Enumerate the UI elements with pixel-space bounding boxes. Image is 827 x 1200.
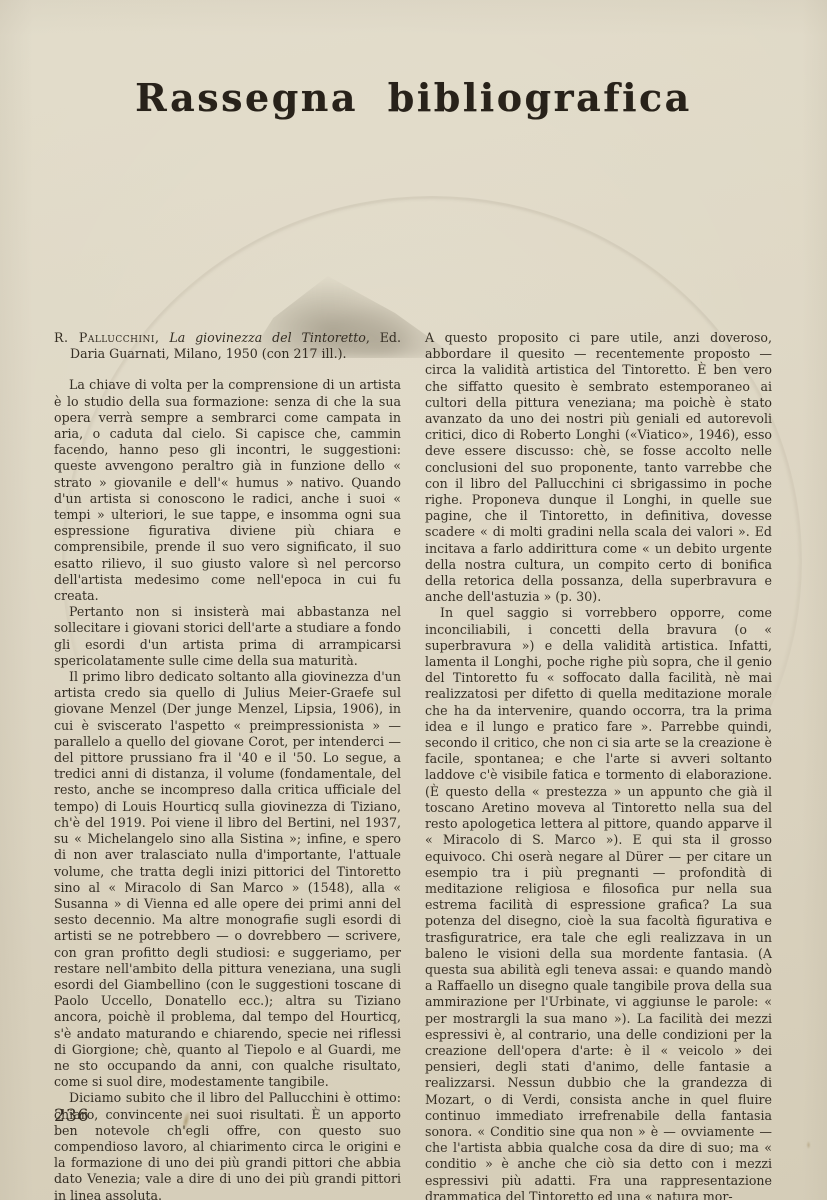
scanned-book-page: Rassegna bibliografica R. Pallucchini, L… (0, 0, 827, 1200)
body-paragraph: Pertanto non si insisterà mai abbastanza… (54, 604, 401, 669)
left-column: R. Pallucchini, La giovinezza del Tintor… (54, 330, 401, 1200)
paper-stain-speck (806, 1140, 811, 1150)
body-paragraph: In quel saggio si vorrebbero opporre, co… (425, 605, 772, 1200)
right-column: A questo proposito ci pare utile, anzi d… (425, 330, 772, 1200)
reference-author: R. Pallucchini, (54, 330, 159, 345)
section-title: Rassegna bibliografica (0, 75, 827, 120)
bibliographic-reference: R. Pallucchini, La giovinezza del Tintor… (54, 330, 401, 362)
body-paragraph: Diciamo subito che il libro del Pallucch… (54, 1090, 401, 1200)
reference-book-title: La giovinezza del Tintoretto (169, 330, 366, 345)
body-paragraph: A questo proposito ci pare utile, anzi d… (425, 330, 772, 605)
body-paragraph: Il primo libro dedicato soltanto alla gi… (54, 669, 401, 1090)
page-number: 236 (54, 1106, 89, 1126)
two-column-text-block: R. Pallucchini, La giovinezza del Tintor… (54, 330, 772, 1200)
body-paragraph: La chiave di volta per la comprensione d… (54, 377, 401, 604)
